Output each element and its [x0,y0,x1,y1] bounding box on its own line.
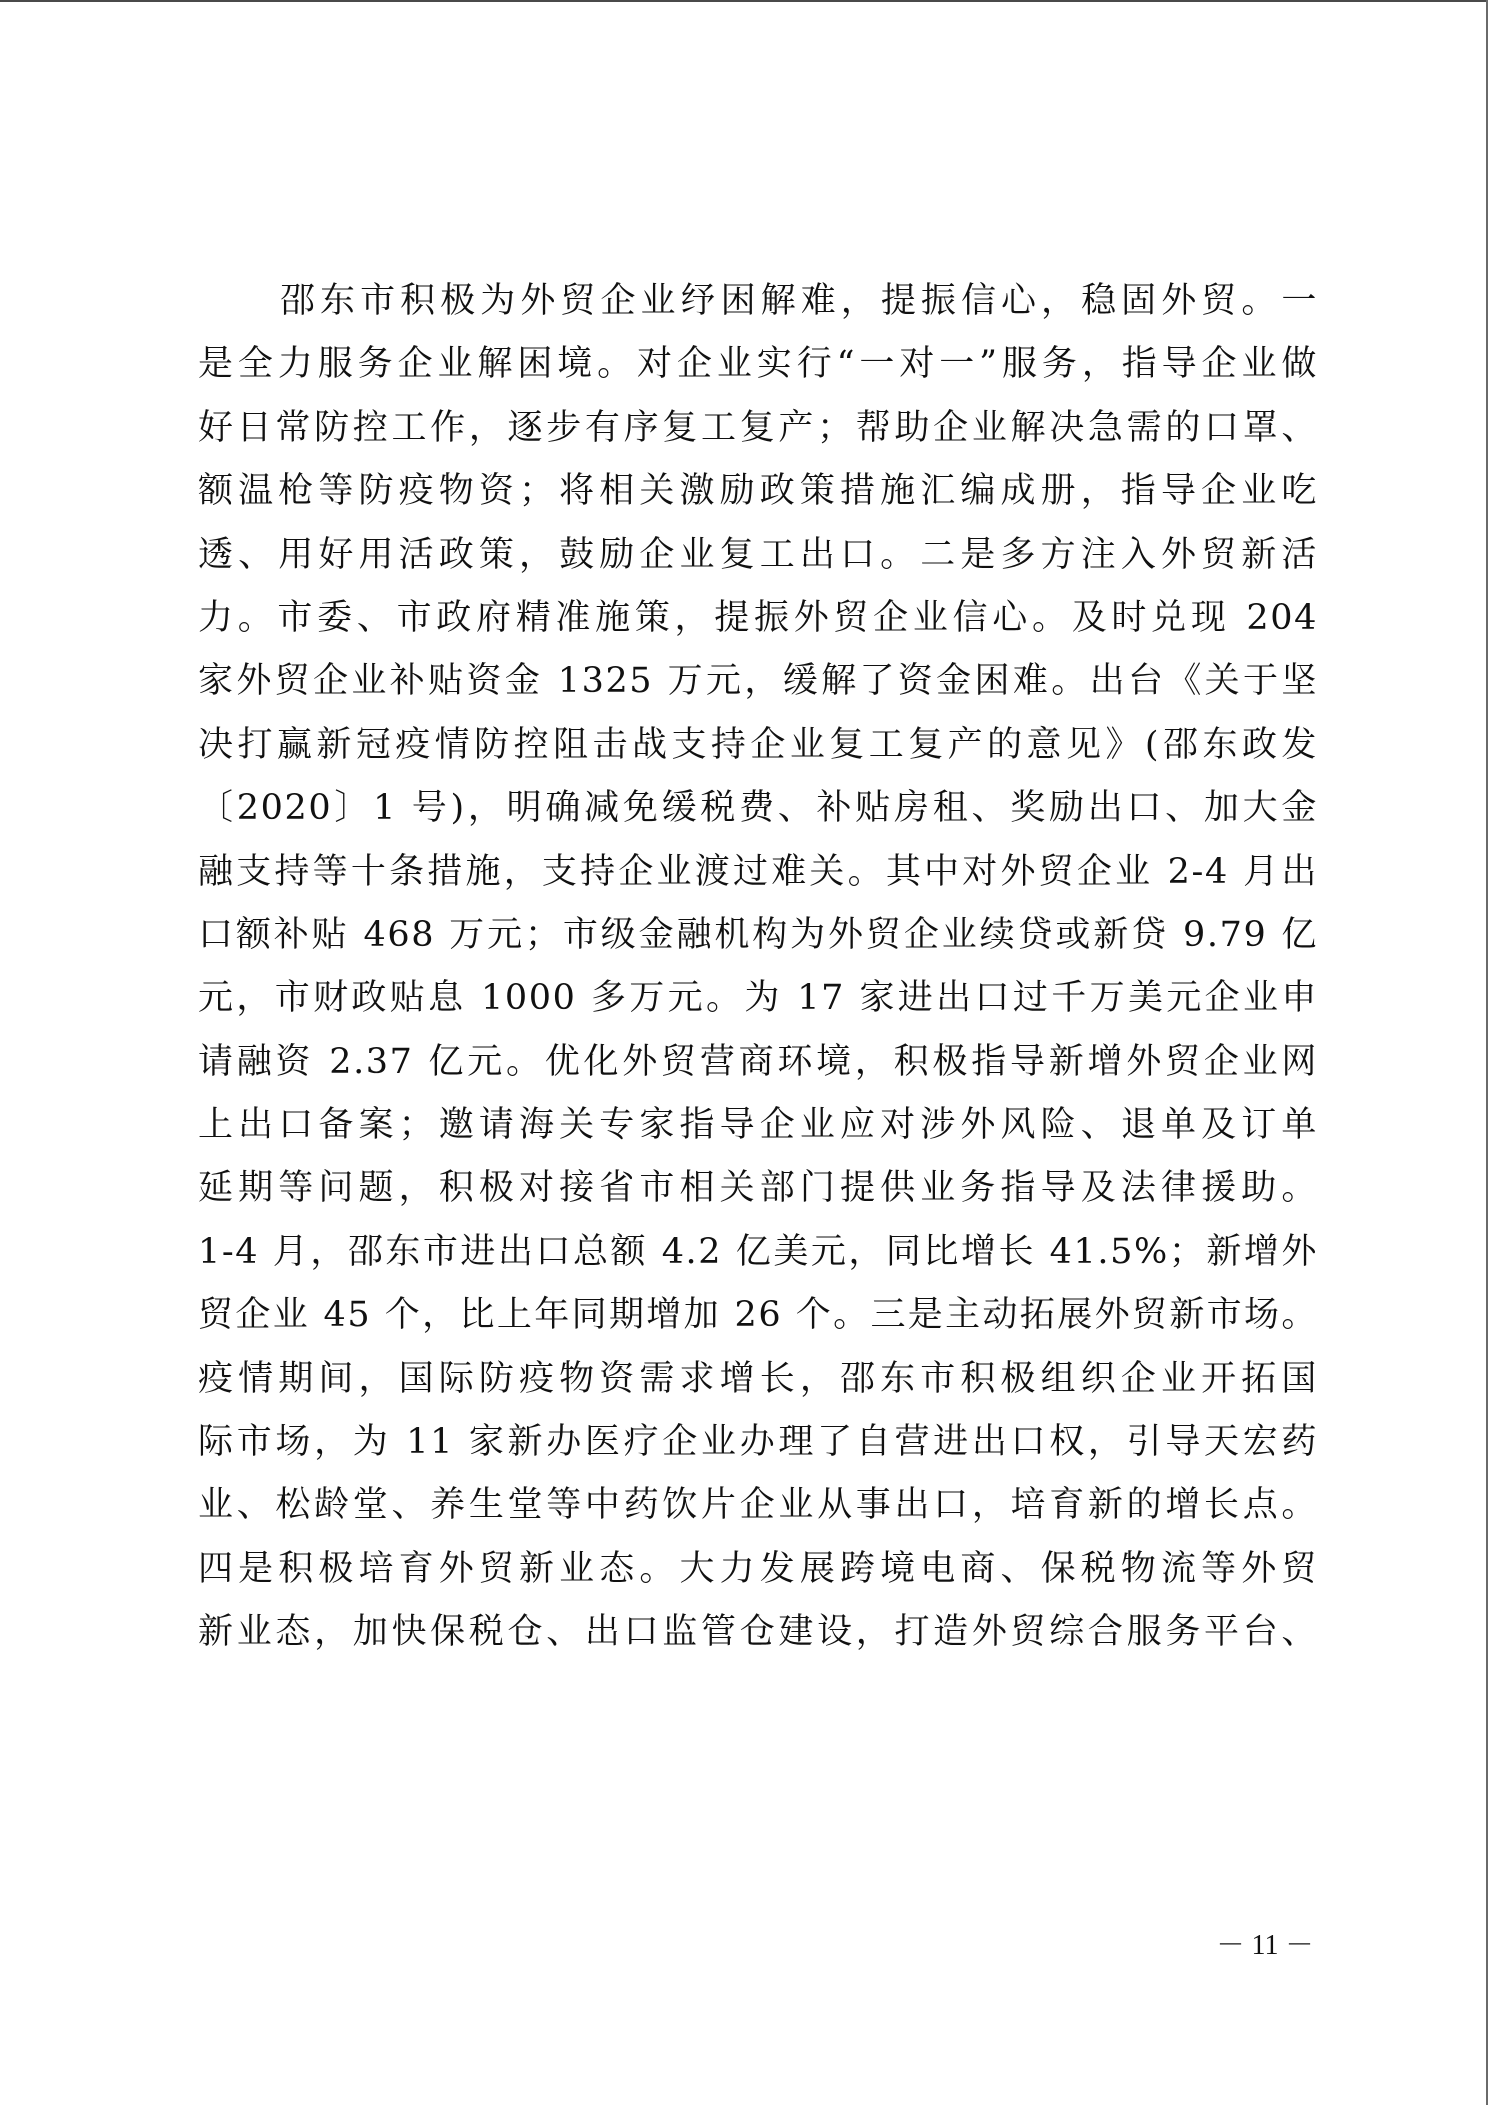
paragraph-line: 〔2020〕1 号)，明确减免缓税费、补贴房租、奖励出口、加大金 [198,777,1318,840]
paragraph-line: 融支持等十条措施，支持企业渡过难关。其中对外贸企业 2-4 月出 [198,841,1318,904]
paragraph-line: 上出口备案；邀请海关专家指导企业应对涉外风险、退单及订单 [198,1094,1318,1157]
paragraph-line: 是全力服务企业解困境。对企业实行“一对一”服务，指导企业做 [198,333,1318,396]
paragraph-line: 业、松龄堂、养生堂等中药饮片企业从事出口，培育新的增长点。 [198,1474,1318,1537]
paragraph-line: 1-4 月，邵东市进出口总额 4.2 亿美元，同比增长 41.5%；新增外 [198,1221,1318,1284]
page-border-top [0,0,1488,2]
page-number: － 11 － [1210,1926,1320,1966]
paragraph-line: 邵东市积极为外贸企业纾困解难，提振信心，稳固外贸。一 [198,270,1318,333]
paragraph-line: 力。市委、市政府精准施策，提振外贸企业信心。及时兑现 204 [198,587,1318,650]
paragraph-line: 元，市财政贴息 1000 多万元。为 17 家进出口过千万美元企业申 [198,967,1318,1030]
paragraph-line: 决打赢新冠疫情防控阻击战支持企业复工复产的意见》(邵东政发 [198,714,1318,777]
paragraph-line: 好日常防控工作，逐步有序复工复产；帮助企业解决急需的口罩、 [198,397,1318,460]
paragraph-line: 贸企业 45 个，比上年同期增加 26 个。三是主动拓展外贸新市场。 [198,1284,1318,1347]
paragraph-line: 四是积极培育外贸新业态。大力发展跨境电商、保税物流等外贸 [198,1538,1318,1601]
paragraph-line: 际市场，为 11 家新办医疗企业办理了自营进出口权，引导天宏药 [198,1411,1318,1474]
paragraph-line: 请融资 2.37 亿元。优化外贸营商环境，积极指导新增外贸企业网 [198,1031,1318,1094]
paragraph-line: 额温枪等防疫物资；将相关激励政策措施汇编成册，指导企业吃 [198,460,1318,523]
document-body: 邵东市积极为外贸企业纾困解难，提振信心，稳固外贸。一 是全力服务企业解困境。对企… [198,270,1318,1665]
paragraph-line: 延期等问题，积极对接省市相关部门提供业务指导及法律援助。 [198,1157,1318,1220]
paragraph-line: 新业态，加快保税仓、出口监管仓建设，打造外贸综合服务平台、 [198,1601,1318,1664]
paragraph-line: 透、用好用活政策，鼓励企业复工出口。二是多方注入外贸新活 [198,524,1318,587]
paragraph-line: 口额补贴 468 万元；市级金融机构为外贸企业续贷或新贷 9.79 亿 [198,904,1318,967]
paragraph-line: 疫情期间，国际防疫物资需求增长，邵东市积极组织企业开拓国 [198,1348,1318,1411]
paragraph-line: 家外贸企业补贴资金 1325 万元，缓解了资金困难。出台《关于坚 [198,650,1318,713]
